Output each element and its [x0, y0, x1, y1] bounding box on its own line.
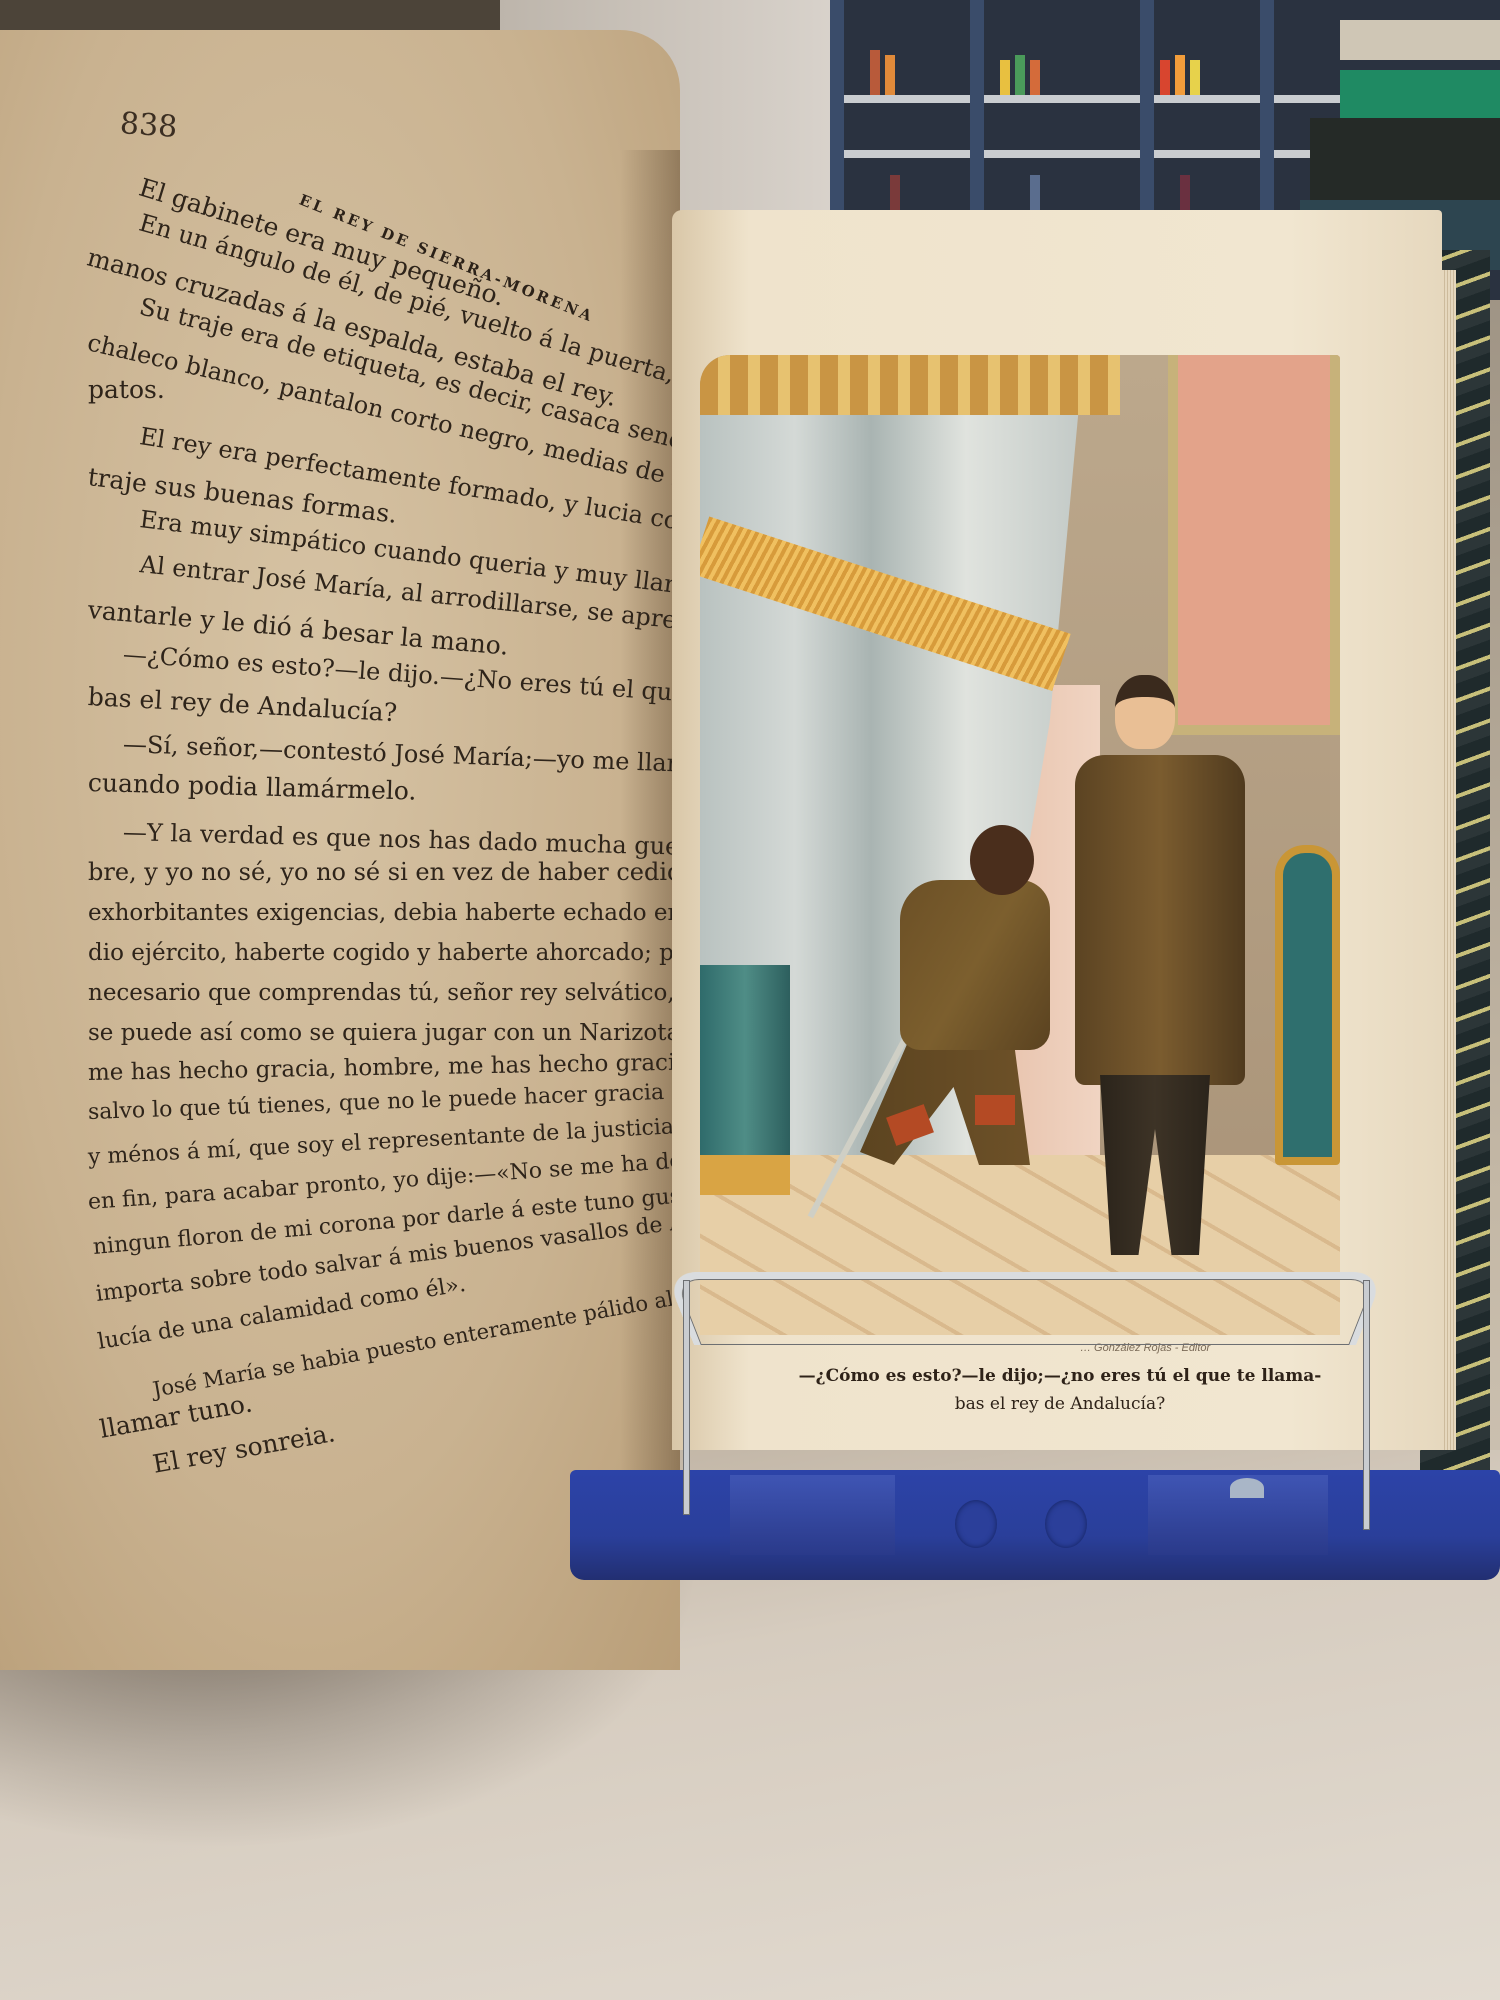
illustration-caption: —¿Cómo es esto?—le dijo;—¿no eres tú el … — [690, 1362, 1430, 1418]
text-line: necesario que comprendas tú, señor rey s… — [88, 980, 761, 1006]
caption-line-1: —¿Cómo es esto?—le dijo;—¿no eres tú el … — [690, 1362, 1430, 1390]
stand-wire-left — [683, 1280, 690, 1515]
stand-hole — [955, 1500, 997, 1548]
text-line: se puede así como se quiera jugar con un… — [88, 1020, 760, 1046]
stand-wire-right — [1363, 1280, 1370, 1530]
draped-side-table — [700, 965, 790, 1195]
text-line: bre, y yo no sé, yo no sé si en vez de h… — [88, 858, 764, 886]
text-line: patos. — [88, 375, 165, 404]
stand-clip-left — [730, 1475, 895, 1555]
stand-rubber-foot — [1230, 1478, 1264, 1498]
gilded-cornice — [700, 355, 1120, 415]
kneeling-man-figure — [860, 825, 1060, 1165]
caption-line-2: bas el rey de Andalucía? — [690, 1390, 1430, 1418]
chromolithograph-illustration — [700, 355, 1340, 1335]
page-number: 838 — [119, 106, 179, 145]
standing-king-figure — [1075, 675, 1245, 1255]
book-stand-base — [570, 1470, 1500, 1580]
photo-scene: 838 EL REY DE SIERRA-MORENA El gabinete … — [0, 0, 1500, 2000]
stand-hole — [1045, 1500, 1087, 1548]
stand-wire-arm — [665, 1272, 1385, 1345]
gilded-chair — [1275, 845, 1340, 1165]
